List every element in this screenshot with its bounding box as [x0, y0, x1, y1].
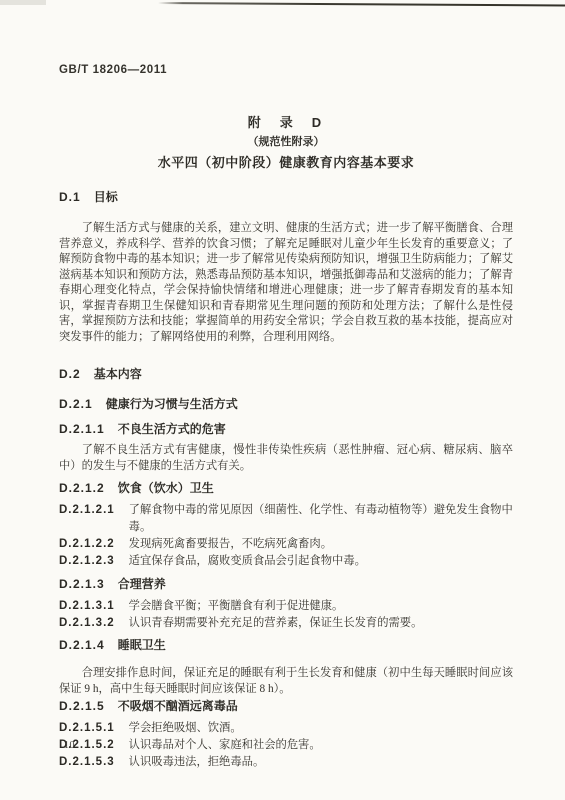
clause-body-d1: 了解生活方式与健康的关系，建立文明、健康的生活方式；进一步了解平衡膳食、合理营养… — [59, 221, 513, 345]
clause-title: 饮食（饮水）卫生 — [118, 481, 214, 496]
clause-item-text: 学会膳食平衡；平衡膳食有利于促进健康。 — [129, 598, 344, 615]
clause-item: D.2.1.2.1 了解食物中毒的常见原因（细菌性、化学性、有毒动植物等）避免发… — [59, 502, 513, 536]
clause-number: D.2.1.1 — [59, 422, 105, 437]
clause-number: D.2.1.4 — [59, 638, 105, 653]
clause-item-text: 适宜保存食品，腐败变质食品会引起食物中毒。 — [129, 553, 366, 570]
clause-item-number: D.2.1.2.2 — [59, 536, 115, 553]
appendix-type-note: （规范性附录） — [59, 135, 513, 150]
clause-item-number: D.2.1.2.3 — [59, 553, 115, 570]
clause-title: 基本内容 — [94, 367, 142, 382]
clause-number: D.2.1.3 — [59, 577, 105, 592]
clause-item: D.2.1.3.2 认识青春期需要补充充足的营养素，保证生长发育的需要。 — [59, 615, 513, 632]
clause-item-list-d212: D.2.1.2.1 了解食物中毒的常见原因（细菌性、化学性、有毒动植物等）避免发… — [59, 502, 513, 570]
clause-item-text: 认识吸毒违法，拒绝毒品。 — [129, 754, 265, 771]
clause-item: D.2.1.5.1 学会拒绝吸烟、饮酒。 — [59, 720, 513, 737]
clause-item-text: 发现病死禽畜要报告，不吃病死禽畜肉。 — [129, 536, 332, 553]
clause-item: D.2.1.3.1 学会膳食平衡；平衡膳食有利于促进健康。 — [59, 598, 513, 615]
clause-item-list-d213: D.2.1.3.1 学会膳食平衡；平衡膳食有利于促进健康。 D.2.1.3.2 … — [59, 598, 513, 632]
clause-title: 睡眠卫生 — [118, 638, 166, 653]
document-body: 附 录 D （规范性附录） 水平四（初中阶段）健康教育内容基本要求 D.1 目标… — [59, 115, 513, 771]
clause-title: 合理营养 — [118, 577, 166, 592]
clause-item-number: D.2.1.2.1 — [59, 502, 115, 519]
document-code-header: GB/T 18206—2011 — [59, 64, 167, 76]
scan-smudge-top-left — [0, 0, 46, 5]
clause-item: D.2.1.5.2 认识毒品对个人、家庭和社会的危害。 — [59, 737, 513, 754]
clause-body-d211: 了解不良生活方式有害健康，慢性非传染性疾病（恶性肿瘤、冠心病、糖尿病、脑卒中）的… — [59, 442, 513, 474]
clause-title: 目标 — [94, 190, 118, 205]
clause-item-number: D.2.1.5.1 — [59, 720, 115, 737]
clause-number: D.2.1.5 — [59, 699, 105, 714]
clause-item-list-d215: D.2.1.5.1 学会拒绝吸烟、饮酒。 D.2.1.5.2 认识毒品对个人、家… — [59, 720, 513, 771]
clause-heading-d214: D.2.1.4 睡眠卫生 — [59, 638, 513, 653]
appendix-label: 附 录 D — [59, 115, 513, 131]
clause-heading-d1: D.1 目标 — [59, 190, 513, 205]
clause-item-text: 认识毒品对个人、家庭和社会的危害。 — [129, 737, 321, 754]
clause-body-d214: 合理安排作息时间，保证充足的睡眠有利于生长发育和健康（初中生每天睡眠时间应该保证… — [59, 665, 513, 697]
clause-heading-d215: D.2.1.5 不吸烟不酗酒远离毒品 — [59, 699, 513, 714]
clause-item: D.2.1.2.2 发现病死禽畜要报告，不吃病死禽畜肉。 — [59, 536, 513, 553]
clause-heading-d211: D.2.1.1 不良生活方式的危害 — [59, 422, 513, 437]
clause-title: 不吸烟不酗酒远离毒品 — [118, 699, 238, 714]
clause-title: 不良生活方式的危害 — [118, 422, 226, 437]
clause-item-number: D.2.1.3.2 — [59, 615, 115, 632]
clause-number: D.2.1 — [59, 397, 93, 412]
clause-number: D.2.1.2 — [59, 481, 105, 496]
page-number: 10 — [64, 740, 75, 751]
clause-item-number: D.2.1.3.1 — [59, 598, 115, 615]
clause-heading-d2: D.2 基本内容 — [59, 367, 513, 382]
clause-item-text: 学会拒绝吸烟、饮酒。 — [129, 720, 242, 737]
clause-number: D.2 — [59, 367, 81, 382]
clause-item-text: 了解食物中毒的常见原因（细菌性、化学性、有毒动植物等）避免发生食物中毒。 — [129, 502, 513, 536]
scan-artifact-line — [158, 2, 565, 7]
clause-number: D.1 — [59, 190, 81, 205]
clause-heading-d21: D.2.1 健康行为习惯与生活方式 — [59, 397, 513, 412]
appendix-title: 水平四（初中阶段）健康教育内容基本要求 — [59, 154, 513, 171]
clause-title: 健康行为习惯与生活方式 — [106, 397, 238, 412]
clause-item: D.2.1.5.3 认识吸毒违法，拒绝毒品。 — [59, 754, 513, 771]
clause-item-number: D.2.1.5.3 — [59, 754, 115, 771]
clause-item: D.2.1.2.3 适宜保存食品，腐败变质食品会引起食物中毒。 — [59, 553, 513, 570]
clause-item-text: 认识青春期需要补充充足的营养素，保证生长发育的需要。 — [129, 615, 423, 632]
clause-heading-d213: D.2.1.3 合理营养 — [59, 577, 513, 592]
scanned-document-page: GB/T 18206—2011 附 录 D （规范性附录） 水平四（初中阶段）健… — [0, 0, 565, 800]
clause-heading-d212: D.2.1.2 饮食（饮水）卫生 — [59, 481, 513, 496]
